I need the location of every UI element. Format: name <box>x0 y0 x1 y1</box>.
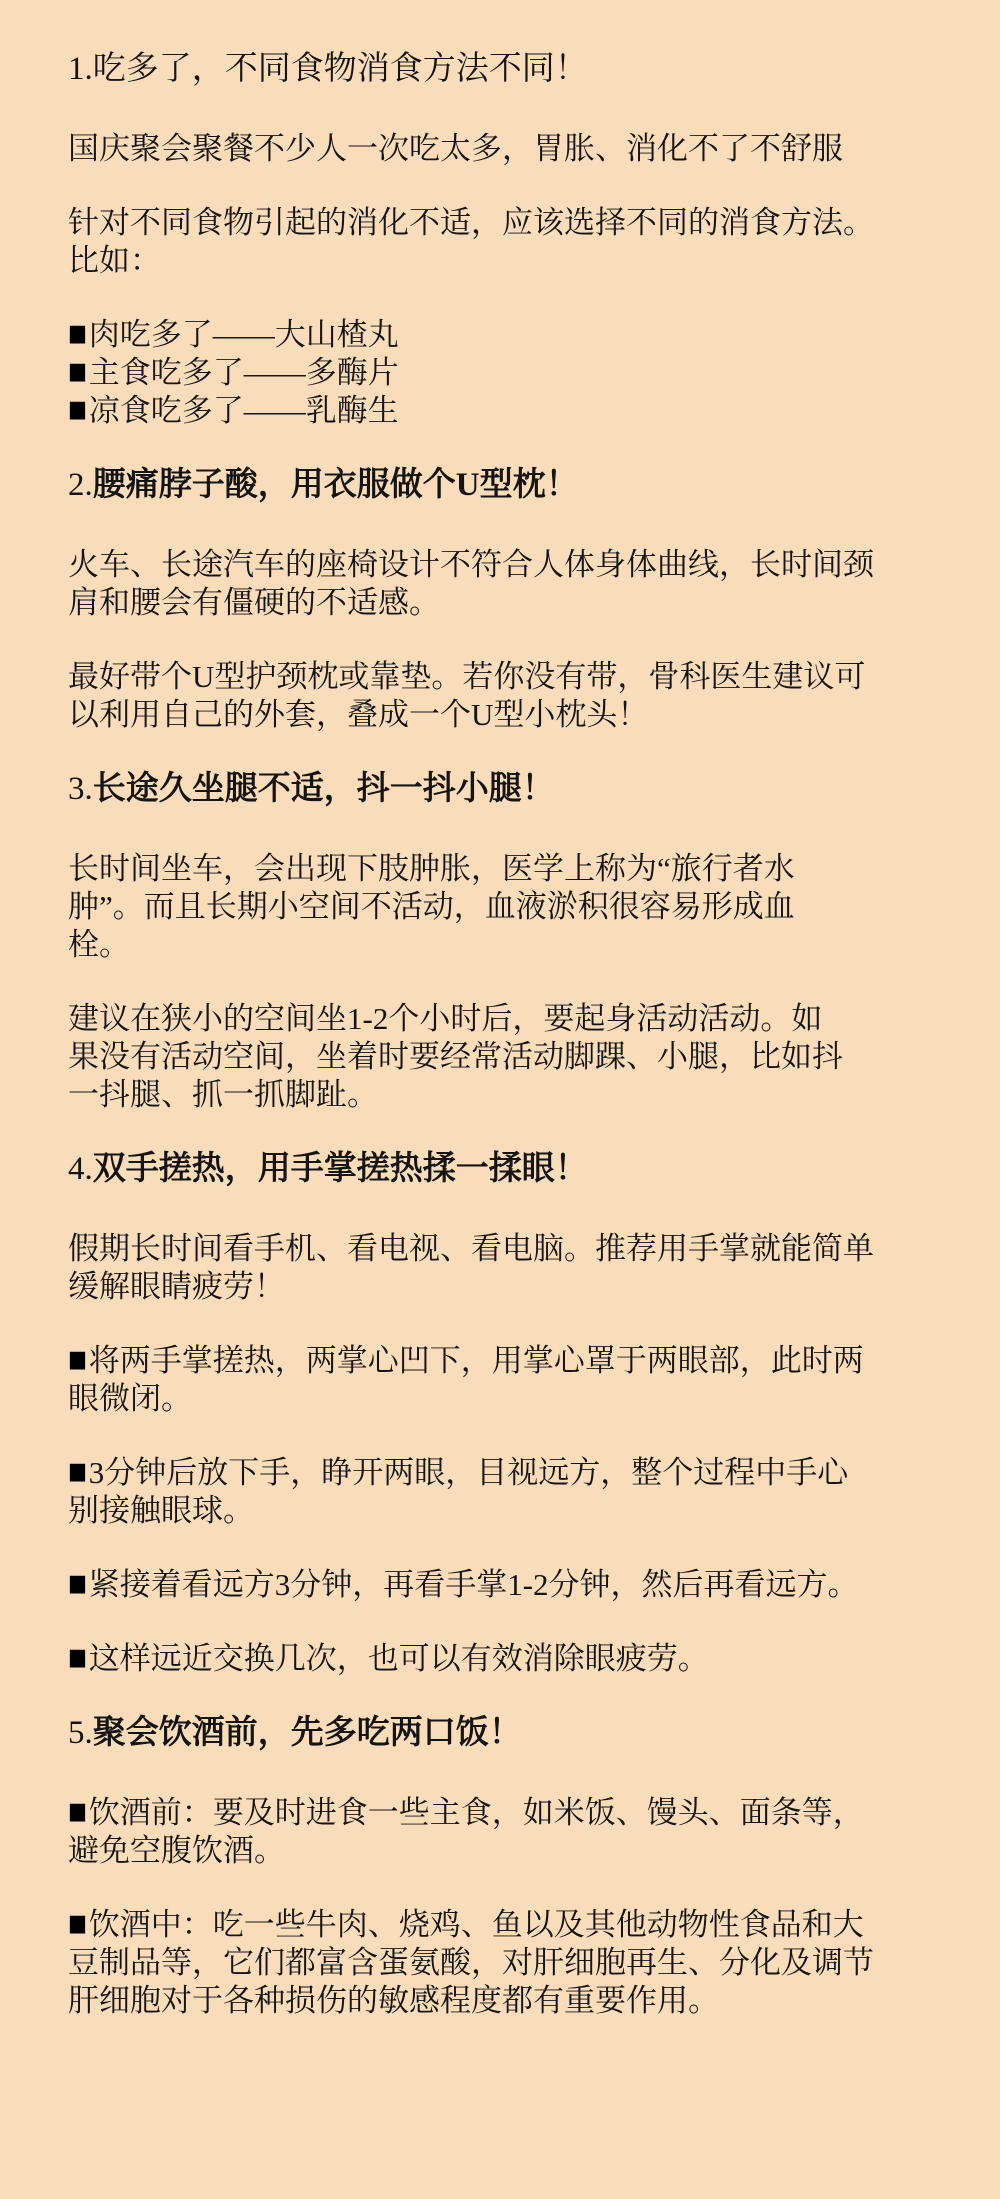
remedy-list: ■肉吃多了——大山楂丸 ■主食吃多了——多酶片 ■凉食吃多了——乳酶生 <box>68 316 948 430</box>
list-item-text: 肉吃多了——大山楂丸 <box>89 317 399 352</box>
paragraph: 长时间坐车，会出现下肢肿胀，医学上称为“旅行者水 肿”。而且长期小空间不活动，血… <box>68 850 948 964</box>
list-item-text: 凉食吃多了——乳酶生 <box>89 393 399 428</box>
section-title: 吃多了，不同食物消食方法不同！ <box>93 51 588 87</box>
list-item: ■凉食吃多了——乳酶生 <box>68 392 948 430</box>
paragraph: 假期长时间看手机、看电视、看电脑。推荐用手掌就能简单 缓解眼睛疲劳！ <box>68 1230 948 1306</box>
square-bullet-icon: ■ <box>68 1449 87 1494</box>
square-bullet-icon: ■ <box>68 1337 87 1382</box>
square-bullet-icon: ■ <box>68 387 87 432</box>
section-3-heading: 3.长途久坐腿不适，抖一抖小腿！ <box>68 770 948 808</box>
section-title: 长途久坐腿不适，抖一抖小腿！ <box>93 771 555 807</box>
square-bullet-icon: ■ <box>68 1789 87 1834</box>
section-title: 双手搓热，用手掌搓热揉一揉眼！ <box>93 1151 588 1187</box>
square-bullet-icon: ■ <box>68 1901 87 1946</box>
step-text: 将两手掌搓热，两掌心凹下，用掌心罩于两眼部，此时两 眼微闭。 <box>68 1343 864 1416</box>
paragraph: 火车、长途汽车的座椅设计不符合人体身体曲线，长时间颈 肩和腰会有僵硬的不适感。 <box>68 546 948 622</box>
section-2: 2.腰痛脖子酸，用衣服做个U型枕！ 火车、长途汽车的座椅设计不符合人体身体曲线，… <box>68 466 948 734</box>
step-text: 这样远近交换几次，也可以有效消除眼疲劳。 <box>89 1641 709 1676</box>
section-number: 1. <box>68 51 93 87</box>
section-number: 4. <box>68 1151 93 1187</box>
step-text: 紧接着看远方3分钟，再看手掌1-2分钟，然后再看远方。 <box>89 1567 859 1602</box>
section-1-heading: 1.吃多了，不同食物消食方法不同！ <box>68 50 948 88</box>
step-text: 饮酒中：吃一些牛肉、烧鸡、鱼以及其他动物性食品和大 豆制品等，它们都富含蛋氨酸，… <box>68 1907 874 2018</box>
square-bullet-icon: ■ <box>68 1635 87 1680</box>
list-item: ■肉吃多了——大山楂丸 <box>68 316 948 354</box>
step-item: ■这样远近交换几次，也可以有效消除眼疲劳。 <box>68 1640 948 1678</box>
list-item: ■主食吃多了——多酶片 <box>68 354 948 392</box>
paragraph: 针对不同食物引起的消化不适，应该选择不同的消食方法。 比如： <box>68 204 948 280</box>
section-4-heading: 4.双手搓热，用手掌搓热揉一揉眼！ <box>68 1150 948 1188</box>
step-item: ■饮酒前：要及时进食一些主食，如米饭、馒头、面条等， 避免空腹饮酒。 <box>68 1794 948 1870</box>
paragraph: 建议在狭小的空间坐1-2个小时后，要起身活动活动。如 果没有活动空间，坐着时要经… <box>68 1000 948 1114</box>
square-bullet-icon: ■ <box>68 1561 87 1606</box>
section-title: 聚会饮酒前，先多吃两口饭！ <box>93 1715 522 1751</box>
step-text: 3分钟后放下手，睁开两眼，目视远方，整个过程中手心 别接触眼球。 <box>68 1455 848 1528</box>
section-title: 腰痛脖子酸，用衣服做个U型枕！ <box>93 467 579 503</box>
step-item: ■将两手掌搓热，两掌心凹下，用掌心罩于两眼部，此时两 眼微闭。 <box>68 1342 948 1418</box>
step-item: ■紧接着看远方3分钟，再看手掌1-2分钟，然后再看远方。 <box>68 1566 948 1604</box>
section-number: 2. <box>68 467 93 503</box>
section-4: 4.双手搓热，用手掌搓热揉一揉眼！ 假期长时间看手机、看电视、看电脑。推荐用手掌… <box>68 1150 948 1678</box>
section-number: 5. <box>68 1715 93 1751</box>
list-item-text: 主食吃多了——多酶片 <box>89 355 399 390</box>
article-page: 1.吃多了，不同食物消食方法不同！ 国庆聚会聚餐不少人一次吃太多，胃胀、消化不了… <box>0 0 1000 2199</box>
section-2-heading: 2.腰痛脖子酸，用衣服做个U型枕！ <box>68 466 948 504</box>
step-item: ■饮酒中：吃一些牛肉、烧鸡、鱼以及其他动物性食品和大 豆制品等，它们都富含蛋氨酸… <box>68 1906 948 2020</box>
section-5-heading: 5.聚会饮酒前，先多吃两口饭！ <box>68 1714 948 1752</box>
step-text: 饮酒前：要及时进食一些主食，如米饭、馒头、面条等， 避免空腹饮酒。 <box>68 1795 864 1868</box>
section-1: 1.吃多了，不同食物消食方法不同！ 国庆聚会聚餐不少人一次吃太多，胃胀、消化不了… <box>68 50 948 430</box>
paragraph: 最好带个U型护颈枕或靠垫。若你没有带，骨科医生建议可 以利用自己的外套，叠成一个… <box>68 658 948 734</box>
section-number: 3. <box>68 771 93 807</box>
step-item: ■3分钟后放下手，睁开两眼，目视远方，整个过程中手心 别接触眼球。 <box>68 1454 948 1530</box>
paragraph: 国庆聚会聚餐不少人一次吃太多，胃胀、消化不了不舒服 <box>68 130 948 168</box>
section-5: 5.聚会饮酒前，先多吃两口饭！ ■饮酒前：要及时进食一些主食，如米饭、馒头、面条… <box>68 1714 948 2020</box>
section-3: 3.长途久坐腿不适，抖一抖小腿！ 长时间坐车，会出现下肢肿胀，医学上称为“旅行者… <box>68 770 948 1114</box>
